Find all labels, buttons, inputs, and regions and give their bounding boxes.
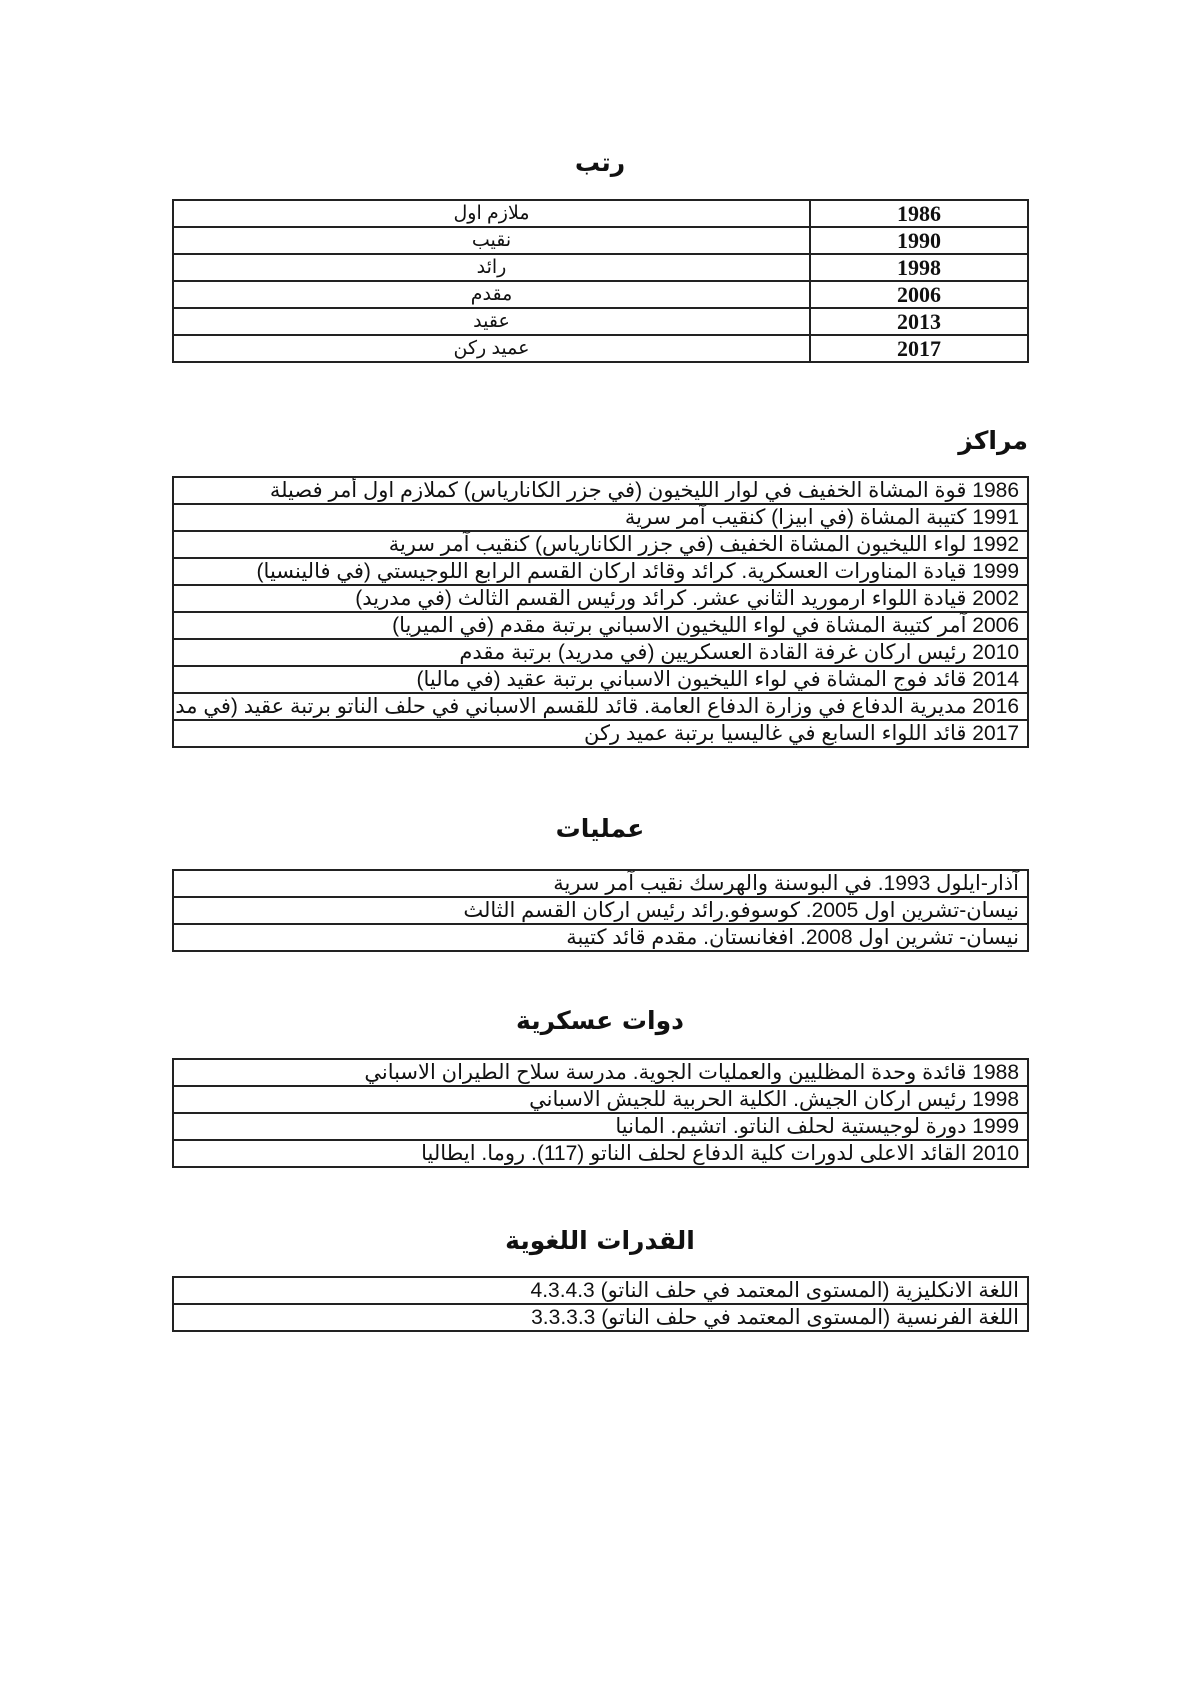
rank-name: عميد ركن bbox=[173, 335, 810, 362]
position-entry: 1986 قوة المشاة الخفيف في لوار الليخيون … bbox=[173, 477, 1028, 504]
rank-name: عقيد bbox=[173, 308, 810, 335]
position-entry: 2014 قائد فوج المشاة في لواء الليخيون ال… bbox=[173, 666, 1028, 693]
table-row: 1990 نقيب bbox=[173, 227, 1028, 254]
course-entry: 2010 القائد الاعلى لدورات كلية الدفاع لح… bbox=[173, 1140, 1028, 1167]
table-row: 2013 عقيد bbox=[173, 308, 1028, 335]
table-row: 1986 ملازم اول bbox=[173, 200, 1028, 227]
ranks-table: 1986 ملازم اول 1990 نقيب 1998 رائد 2006 … bbox=[172, 199, 1029, 363]
position-entry: 1992 لواء الليخيون المشاة الخفيف (في جزر… bbox=[173, 531, 1028, 558]
document-page: رتب 1986 ملازم اول 1990 نقيب 1998 رائد 2… bbox=[0, 0, 1200, 1696]
rank-year: 2006 bbox=[810, 281, 1028, 308]
rank-name: ملازم اول bbox=[173, 200, 810, 227]
table-row: 2006 آمر كتيبة المشاة في لواء الليخيون ا… bbox=[173, 612, 1028, 639]
position-entry: 2006 آمر كتيبة المشاة في لواء الليخيون ا… bbox=[173, 612, 1028, 639]
position-entry: 1999 قيادة المناورات العسكرية. كرائد وقا… bbox=[173, 558, 1028, 585]
position-entry: 2017 قائد اللواء السابع في غاليسيا برتبة… bbox=[173, 720, 1028, 747]
rank-year: 2013 bbox=[810, 308, 1028, 335]
table-row: 1991 كتيبة المشاة (في ابيزا) كنقيب آمر س… bbox=[173, 504, 1028, 531]
course-entry: 1988 قائدة وحدة المظليين والعمليات الجوي… bbox=[173, 1059, 1028, 1086]
table-row: 1986 قوة المشاة الخفيف في لوار الليخيون … bbox=[173, 477, 1028, 504]
rank-name: نقيب bbox=[173, 227, 810, 254]
table-row: 2017 قائد اللواء السابع في غاليسيا برتبة… bbox=[173, 720, 1028, 747]
table-row: نيسان-تشرين اول 2005. كوسوفو.رائد رئيس ا… bbox=[173, 897, 1028, 924]
positions-table: 1986 قوة المشاة الخفيف في لوار الليخيون … bbox=[172, 476, 1029, 748]
table-row: 2006 مقدم bbox=[173, 281, 1028, 308]
section-title-languages: القدرات اللغوية bbox=[0, 1226, 1200, 1256]
section-title-courses: دوات عسكرية bbox=[0, 1006, 1200, 1036]
table-row: 1998 رائد bbox=[173, 254, 1028, 281]
rank-year: 1986 bbox=[810, 200, 1028, 227]
position-entry: 2002 قيادة اللواء ارموريد الثاني عشر. كر… bbox=[173, 585, 1028, 612]
table-row: 1999 دورة لوجيستية لحلف الناتو. اتشيم. ا… bbox=[173, 1113, 1028, 1140]
courses-table: 1988 قائدة وحدة المظليين والعمليات الجوي… bbox=[172, 1058, 1029, 1168]
position-entry: 1991 كتيبة المشاة (في ابيزا) كنقيب آمر س… bbox=[173, 504, 1028, 531]
table-row: 2002 قيادة اللواء ارموريد الثاني عشر. كر… bbox=[173, 585, 1028, 612]
course-entry: 1999 دورة لوجيستية لحلف الناتو. اتشيم. ا… bbox=[173, 1113, 1028, 1140]
language-entry: اللغة الانكليزية (المستوى المعتمد في حلف… bbox=[173, 1277, 1028, 1304]
table-row: 2010 رئيس اركان غرفة القادة العسكريين (ف… bbox=[173, 639, 1028, 666]
rank-name: مقدم bbox=[173, 281, 810, 308]
operation-entry: آذار-ايلول 1993. في البوسنة والهرسك نقيب… bbox=[173, 870, 1028, 897]
table-row: 1998 رئيس اركان الجيش. الكلية الحربية لل… bbox=[173, 1086, 1028, 1113]
operation-entry: نيسان- تشرين اول 2008. افغانستان. مقدم ق… bbox=[173, 924, 1028, 951]
section-title-operations: عمليات bbox=[0, 814, 1200, 844]
table-row: 2017 عميد ركن bbox=[173, 335, 1028, 362]
table-row: 2016 مديرية الدفاع في وزارة الدفاع العام… bbox=[173, 693, 1028, 720]
languages-table: اللغة الانكليزية (المستوى المعتمد في حلف… bbox=[172, 1276, 1029, 1332]
rank-year: 1998 bbox=[810, 254, 1028, 281]
table-row: 1999 قيادة المناورات العسكرية. كرائد وقا… bbox=[173, 558, 1028, 585]
table-row: اللغة الانكليزية (المستوى المعتمد في حلف… bbox=[173, 1277, 1028, 1304]
rank-name: رائد bbox=[173, 254, 810, 281]
table-row: آذار-ايلول 1993. في البوسنة والهرسك نقيب… bbox=[173, 870, 1028, 897]
rank-year: 2017 bbox=[810, 335, 1028, 362]
table-row: نيسان- تشرين اول 2008. افغانستان. مقدم ق… bbox=[173, 924, 1028, 951]
table-row: 1988 قائدة وحدة المظليين والعمليات الجوي… bbox=[173, 1059, 1028, 1086]
operation-entry: نيسان-تشرين اول 2005. كوسوفو.رائد رئيس ا… bbox=[173, 897, 1028, 924]
table-row: اللغة الفرنسية (المستوى المعتمد في حلف ا… bbox=[173, 1304, 1028, 1331]
table-row: 1992 لواء الليخيون المشاة الخفيف (في جزر… bbox=[173, 531, 1028, 558]
operations-table: آذار-ايلول 1993. في البوسنة والهرسك نقيب… bbox=[172, 869, 1029, 952]
position-entry: 2010 رئيس اركان غرفة القادة العسكريين (ف… bbox=[173, 639, 1028, 666]
section-title-ranks: رتب bbox=[0, 148, 1200, 178]
section-title-positions: مراكز bbox=[958, 426, 1028, 456]
table-row: 2010 القائد الاعلى لدورات كلية الدفاع لح… bbox=[173, 1140, 1028, 1167]
rank-year: 1990 bbox=[810, 227, 1028, 254]
position-entry: 2016 مديرية الدفاع في وزارة الدفاع العام… bbox=[173, 693, 1028, 720]
table-row: 2014 قائد فوج المشاة في لواء الليخيون ال… bbox=[173, 666, 1028, 693]
language-entry: اللغة الفرنسية (المستوى المعتمد في حلف ا… bbox=[173, 1304, 1028, 1331]
course-entry: 1998 رئيس اركان الجيش. الكلية الحربية لل… bbox=[173, 1086, 1028, 1113]
